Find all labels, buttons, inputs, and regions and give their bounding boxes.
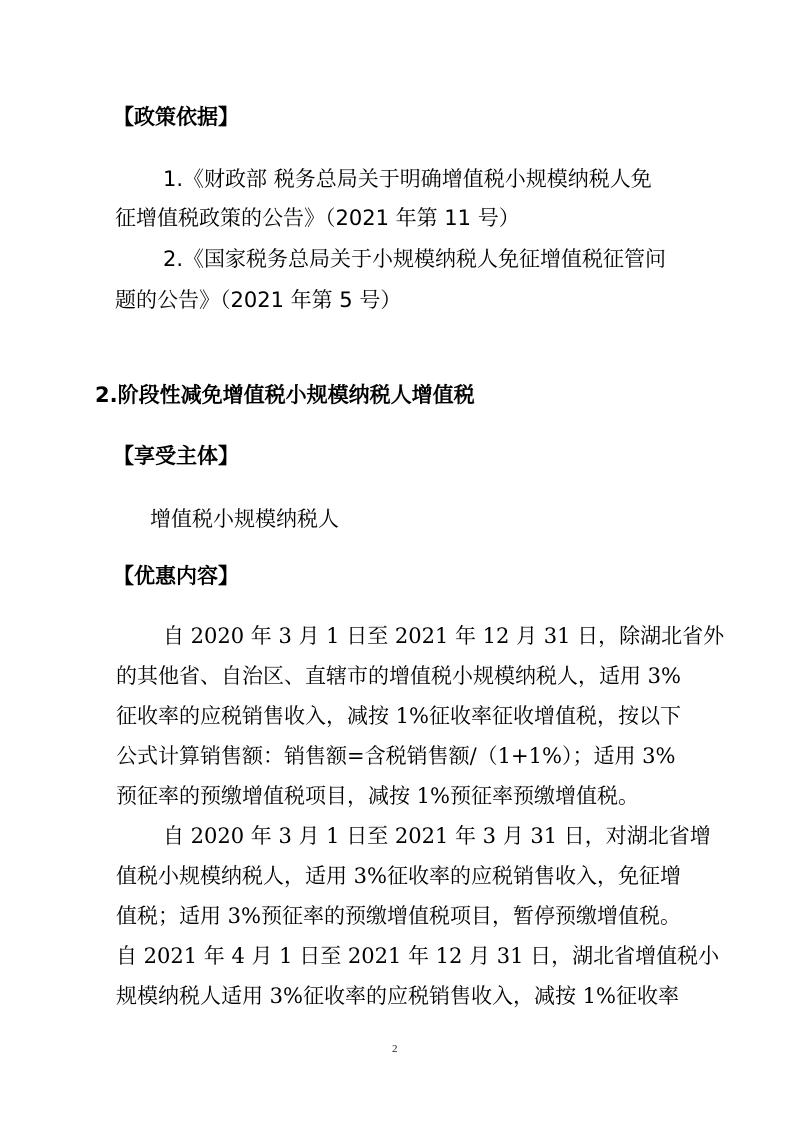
beneficiary-heading: 【享受主体】	[113, 442, 239, 470]
document-page: 【政策依据】 1.《财政部 税务总局关于明确增值税小规模纳税人免 征增值税政策的…	[0, 0, 793, 1122]
paragraph-1-line-5: 预征率的预缴增值税项目，减按 1%预征率预缴增值税。	[116, 782, 639, 810]
policy-basis-heading: 【政策依据】	[113, 103, 239, 131]
paragraph-2-line-4: 自 2021 年 4 月 1 日至 2021 年 12 月 31 日，湖北省增值…	[116, 942, 719, 970]
paragraph-2-line-5: 规模纳税人适用 3%征收率的应税销售收入，减按 1%征收率	[116, 982, 679, 1010]
policy-item-2-line-1: 2.《国家税务总局关于小规模纳税人免征增值税征管问	[163, 245, 666, 273]
beneficiary-text: 增值税小规模纳税人	[150, 505, 339, 533]
paragraph-1-line-1: 自 2020 年 3 月 1 日至 2021 年 12 月 31 日，除湖北省外	[163, 622, 724, 650]
policy-item-1-line-2: 征增值税政策的公告》（2021 年第 11 号）	[115, 204, 520, 232]
paragraph-1-line-4: 公式计算销售额：销售额=含税销售额/（1+1%）；适用 3%	[116, 742, 675, 770]
paragraph-2-line-1: 自 2020 年 3 月 1 日至 2021 年 3 月 31 日，对湖北省增	[163, 822, 711, 850]
policy-item-1-line-1: 1.《财政部 税务总局关于明确增值税小规模纳税人免	[163, 165, 652, 193]
content-heading: 【优惠内容】	[113, 562, 239, 590]
paragraph-2-line-3: 值税；适用 3%预征率的预缴增值税项目，暂停预缴增值税。	[116, 902, 681, 930]
paragraph-2-line-2: 值税小规模纳税人，适用 3%征收率的应税销售收入，免征增	[116, 862, 681, 890]
paragraph-1-line-3: 征收率的应税销售收入，减按 1%征收率征收增值税，按以下	[116, 702, 681, 730]
section-title: 2.阶段性减免增值税小规模纳税人增值税	[95, 381, 475, 409]
page-number: 2	[392, 1043, 398, 1055]
paragraph-1-line-2: 的其他省、自治区、直辖市的增值税小规模纳税人，适用 3%	[116, 662, 681, 690]
policy-item-2-line-2: 题的公告》（2021 年第 5 号）	[115, 286, 401, 314]
